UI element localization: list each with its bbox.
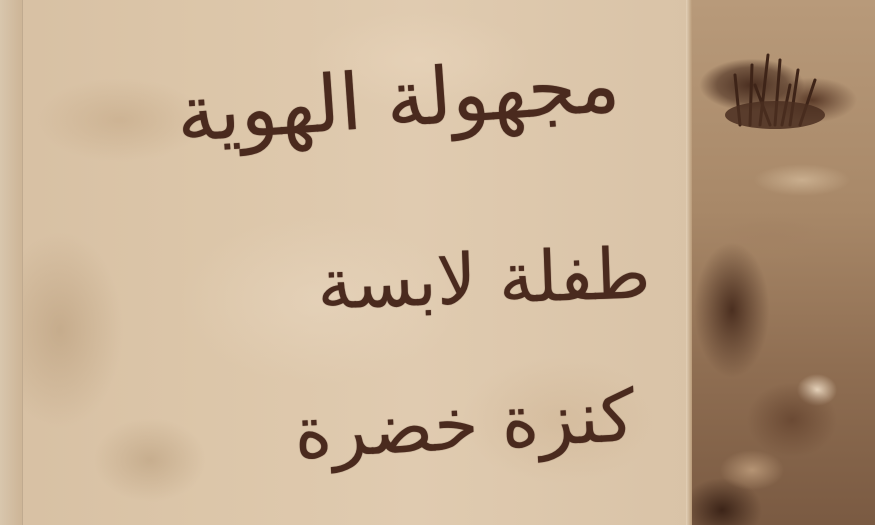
inscription-line-2: طفلة لابسة — [315, 232, 651, 326]
inscription-line-3: كنزة خضرة — [292, 373, 637, 475]
photo-scene: مجهولة الهوية طفلة لابسة كنزة خضرة — [0, 0, 875, 525]
slab-left-edge — [0, 0, 23, 525]
dry-shrub-icon — [720, 35, 830, 130]
